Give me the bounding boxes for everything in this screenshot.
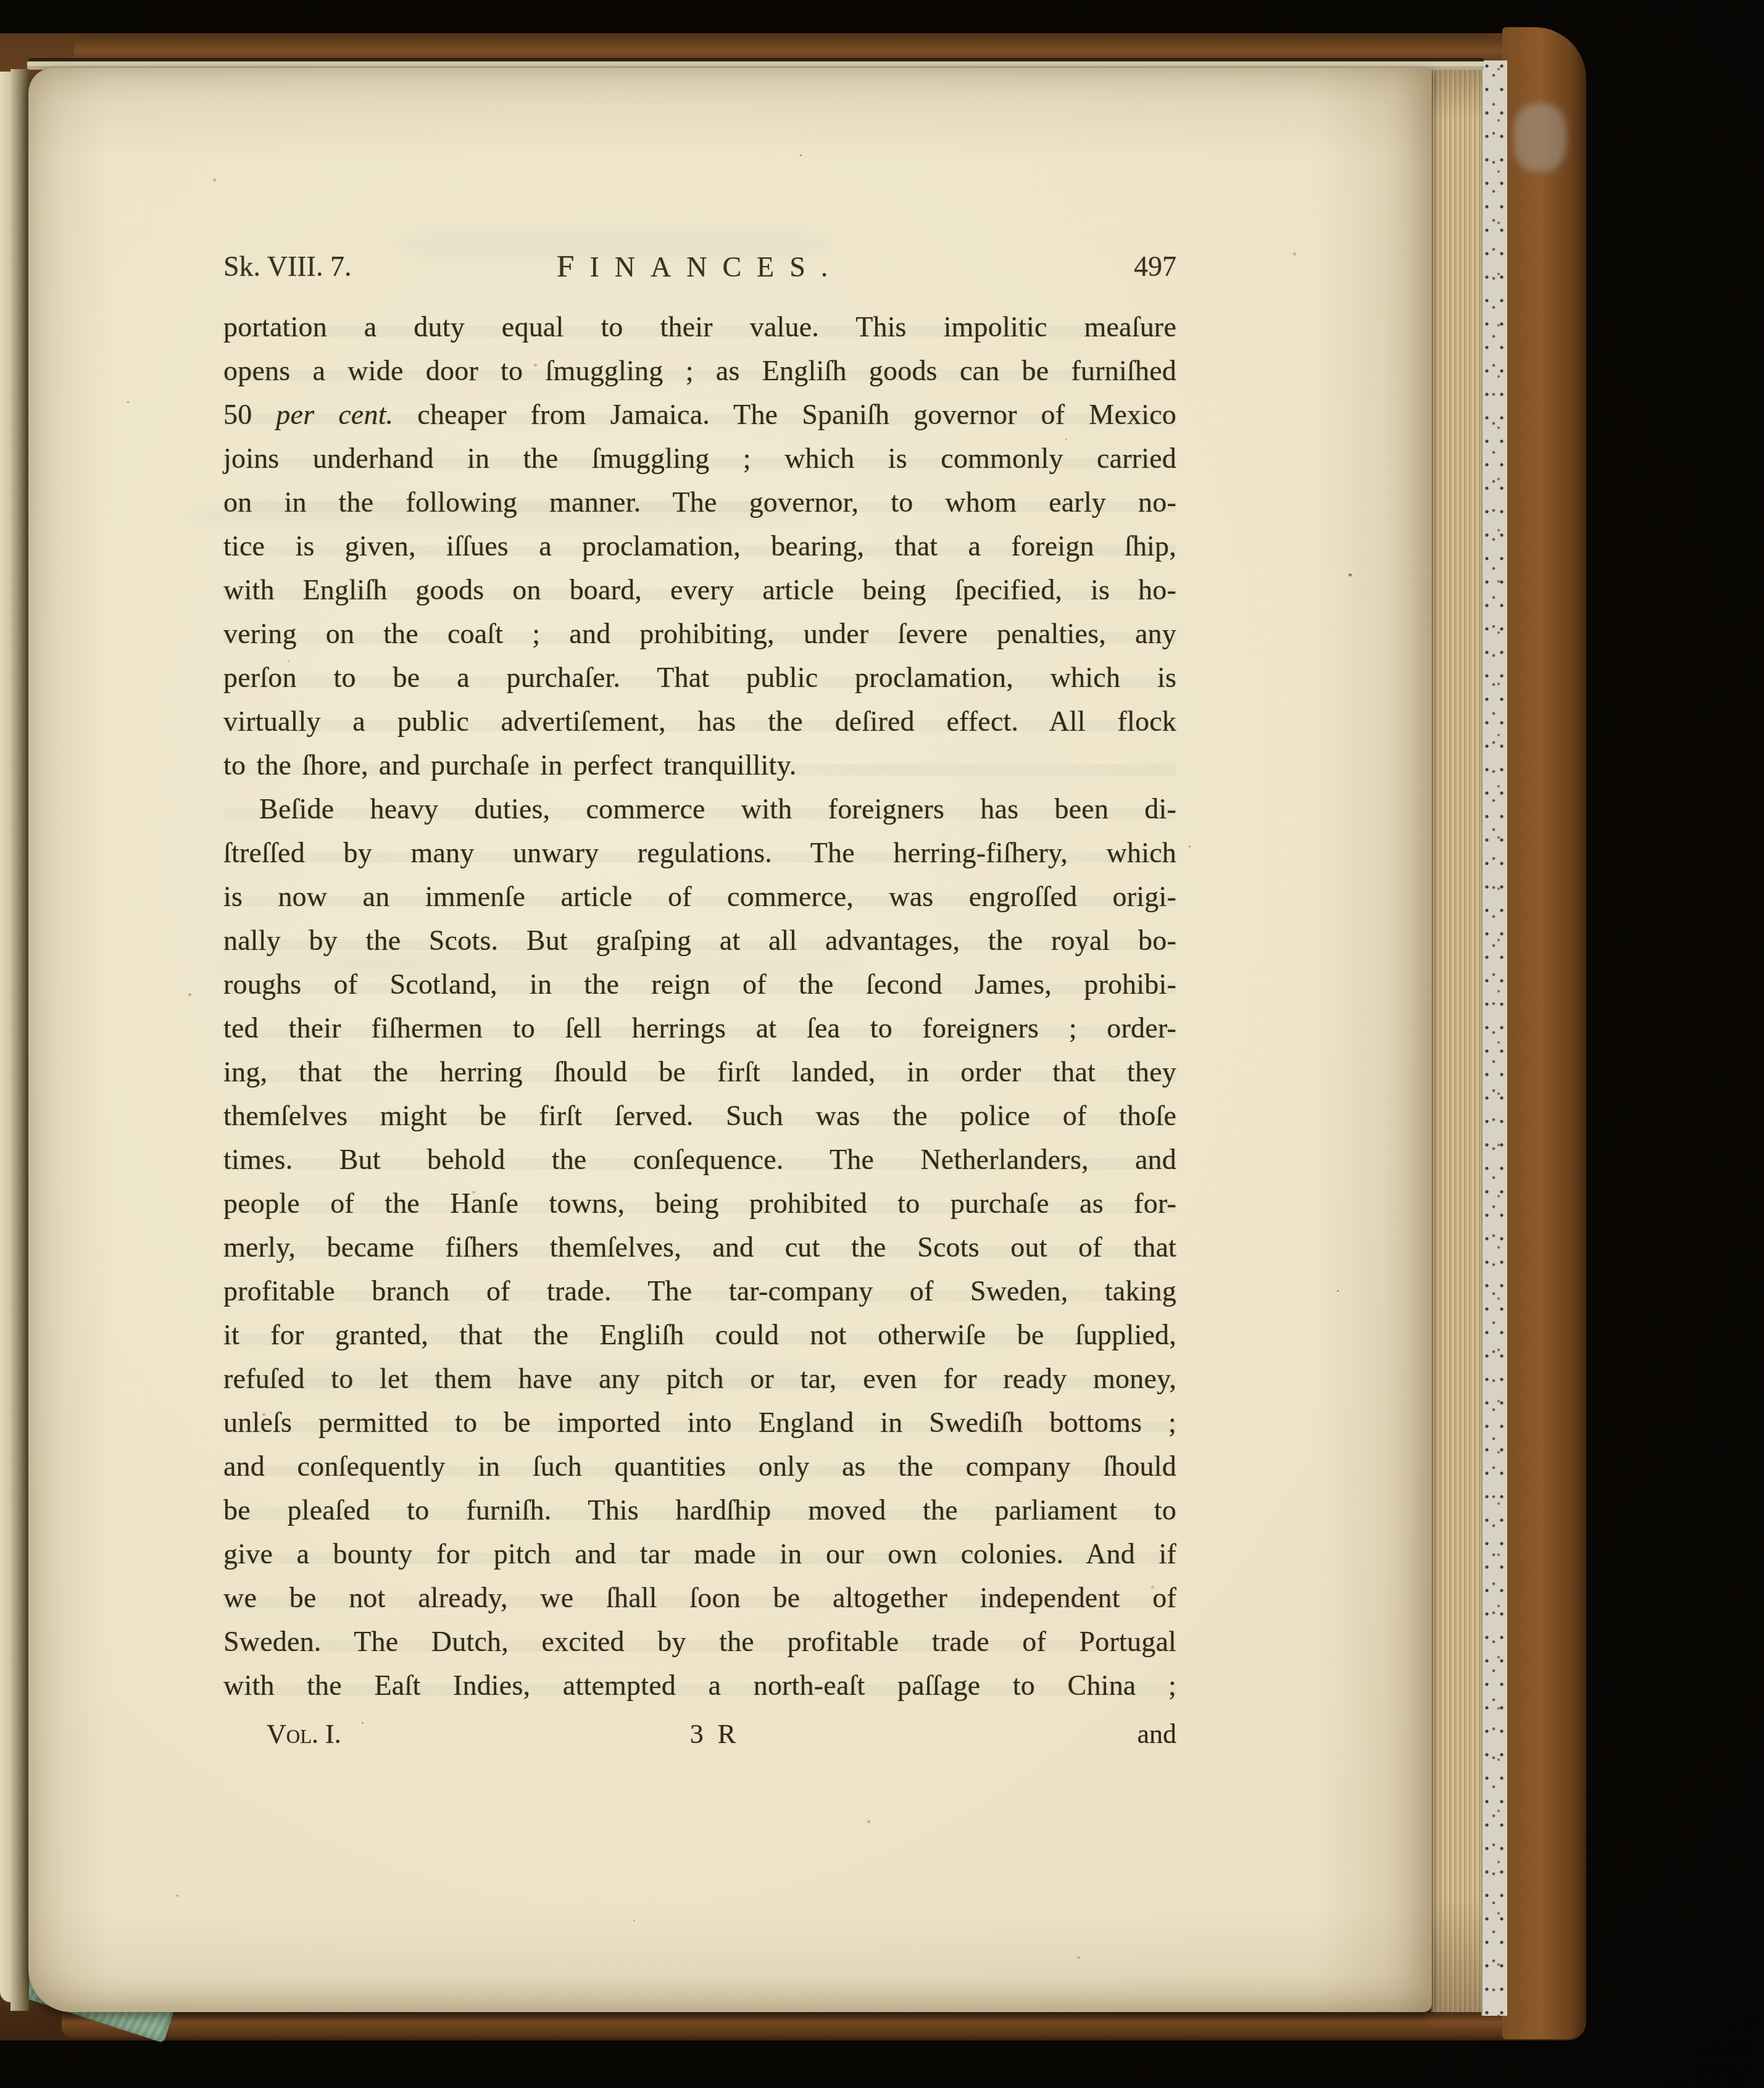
book-page: Sk. VIII. 7. FINANCES. 497 portation a d…	[28, 68, 1432, 2012]
text-line: roughs of Scotland, in the reign of the …	[223, 962, 1176, 1006]
catchword: and	[1137, 1716, 1176, 1753]
text-segment: ſtreſſed by many unwary regulations. The…	[223, 837, 1176, 868]
text-segment: unleſs permitted to be imported into Eng…	[223, 1407, 1176, 1438]
text-line: Sweden. The Dutch, excited by the profit…	[223, 1620, 1176, 1663]
italic-text-segment: per cent.	[276, 399, 393, 430]
page-footer: Vol. I. 3 R and	[223, 1716, 1176, 1753]
text-line: people of the Hanſe towns, being prohibi…	[223, 1181, 1176, 1225]
text-line: on in the following manner. The governor…	[223, 480, 1176, 524]
text-line: perſon to be a purchaſer. That public pr…	[223, 655, 1176, 699]
text-segment: people of the Hanſe towns, being prohibi…	[223, 1187, 1176, 1219]
text-segment: Beſide heavy duties, commerce with forei…	[259, 793, 1176, 825]
text-segment: with the Eaſt Indies, attempted a north-…	[223, 1670, 1176, 1701]
text-segment: be pleaſed to furniſh. This hardſhip mov…	[223, 1494, 1176, 1526]
page-block-fore-edge	[1431, 65, 1484, 2012]
text-line: unleſs permitted to be imported into Eng…	[223, 1400, 1176, 1444]
text-segment: vering on the coaſt ; and prohibiting, u…	[223, 618, 1176, 649]
text-line: 50 per cent. cheaper from Jamaica. The S…	[223, 393, 1176, 436]
text-segment: cheaper from Jamaica. The Spaniſh govern…	[393, 399, 1176, 430]
text-segment: times. But behold the conſequence. The N…	[223, 1144, 1176, 1175]
text-line: we be not already, we ſhall ſoon be alto…	[223, 1576, 1176, 1620]
text-line: is now an immenſe article of commerce, w…	[223, 875, 1176, 918]
text-segment: ted their fiſhermen to ſell herrings at …	[223, 1012, 1176, 1044]
text-line: Beſide heavy duties, commerce with forei…	[223, 787, 1176, 831]
text-segment: give a bounty for pitch and tar made in …	[223, 1538, 1176, 1570]
text-segment: to the ſhore, and purchaſe in perfect tr…	[223, 749, 796, 781]
page-number: 497	[1134, 247, 1176, 286]
text-segment: is now an immenſe article of commerce, w…	[223, 881, 1176, 912]
text-line: with Engliſh goods on board, every artic…	[223, 568, 1176, 612]
text-segment: perſon to be a purchaſer. That public pr…	[223, 662, 1176, 693]
text-line: give a bounty for pitch and tar made in …	[223, 1532, 1176, 1576]
text-line: merly, became fiſhers themſelves, and cu…	[223, 1225, 1176, 1269]
text-segment: on in the following manner. The governor…	[223, 486, 1176, 518]
text-line: portation a duty equal to their value. T…	[223, 305, 1176, 349]
text-line: virtually a public advertiſement, has th…	[223, 699, 1176, 743]
signature-mark: 3 R	[690, 1716, 739, 1753]
text-segment: nally by the Scots. But graſping at all …	[223, 925, 1176, 956]
text-segment: refuſed to let them have any pitch or ta…	[223, 1363, 1176, 1394]
text-segment: merly, became fiſhers themſelves, and cu…	[223, 1231, 1176, 1263]
paper-specks	[28, 68, 30, 70]
text-line: ted their fiſhermen to ſell herrings at …	[223, 1006, 1176, 1050]
leather-worn-patch	[1513, 104, 1566, 172]
text-line: refuſed to let them have any pitch or ta…	[223, 1357, 1176, 1400]
text-line: to the ſhore, and purchaſe in perfect tr…	[223, 743, 1176, 787]
section-label: Sk. VIII. 7.	[223, 247, 351, 286]
text-segment: joins underhand in the ſmuggling ; which…	[223, 443, 1176, 474]
text-segment: 50	[223, 399, 276, 430]
text-segment: opens a wide door to ſmuggling ; as Engl…	[223, 355, 1176, 386]
text-segment: virtually a public advertiſement, has th…	[223, 705, 1176, 737]
text-segment: it for granted, that the Engliſh could n…	[223, 1319, 1176, 1350]
book-bottom-cover-edge	[62, 2010, 1525, 2038]
text-line: profitable branch of trade. The tar-comp…	[223, 1269, 1176, 1313]
text-segment: profitable branch of trade. The tar-comp…	[223, 1275, 1176, 1307]
text-segment: with Engliſh goods on board, every artic…	[223, 574, 1176, 605]
body-text: portation a duty equal to their value. T…	[223, 305, 1176, 1707]
text-segment: ing, that the herring ſhould be firſt la…	[223, 1056, 1176, 1088]
adjacent-page-edge	[0, 72, 10, 2002]
text-line: nally by the Scots. But graſping at all …	[223, 918, 1176, 962]
book-right-cover-edge	[1502, 27, 1586, 2039]
volume-label: Vol. I.	[267, 1716, 341, 1753]
text-line: joins underhand in the ſmuggling ; which…	[223, 436, 1176, 480]
running-title: FINANCES.	[557, 247, 844, 287]
page-header: Sk. VIII. 7. FINANCES. 497	[223, 247, 1176, 286]
text-segment: Sweden. The Dutch, excited by the profit…	[223, 1626, 1176, 1657]
text-line: vering on the coaſt ; and prohibiting, u…	[223, 612, 1176, 655]
text-line: ſtreſſed by many unwary regulations. The…	[223, 831, 1176, 875]
text-segment: portation a duty equal to their value. T…	[223, 311, 1176, 343]
text-line: times. But behold the conſequence. The N…	[223, 1138, 1176, 1181]
gutter-shadow	[10, 69, 29, 2011]
text-line: opens a wide door to ſmuggling ; as Engl…	[223, 349, 1176, 393]
text-line: ing, that the herring ſhould be firſt la…	[223, 1050, 1176, 1094]
text-segment: tice is given, iſſues a proclamation, be…	[223, 530, 1176, 562]
book-photograph: Sk. VIII. 7. FINANCES. 497 portation a d…	[0, 0, 1764, 2088]
text-segment: and conſequently in ſuch quantities only…	[223, 1450, 1176, 1482]
text-segment: roughs of Scotland, in the reign of the …	[223, 968, 1176, 1000]
text-line: it for granted, that the Engliſh could n…	[223, 1313, 1176, 1357]
marbled-endpaper-strip	[1481, 60, 1507, 2016]
text-line: with the Eaſt Indies, attempted a north-…	[223, 1663, 1176, 1707]
text-line: and conſequently in ſuch quantities only…	[223, 1444, 1176, 1488]
text-line: themſelves might be firſt ſerved. Such w…	[223, 1094, 1176, 1138]
text-segment: we be not already, we ſhall ſoon be alto…	[223, 1582, 1176, 1613]
text-segment: themſelves might be firſt ſerved. Such w…	[223, 1100, 1176, 1131]
text-line: tice is given, iſſues a proclamation, be…	[223, 524, 1176, 568]
text-line: be pleaſed to furniſh. This hardſhip mov…	[223, 1488, 1176, 1532]
